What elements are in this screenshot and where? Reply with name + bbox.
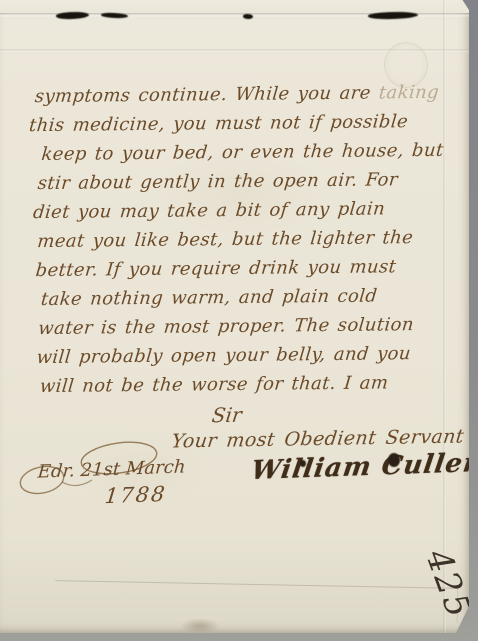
letter-line: water is the most proper. The solution xyxy=(37,314,472,348)
ink-mark xyxy=(243,14,253,19)
letter-line: diet you may take a bit of any plain xyxy=(31,198,470,232)
letter-line: stir about gently in the open air. For xyxy=(36,169,470,203)
ink-mark xyxy=(101,13,128,19)
salutation: Sir xyxy=(210,403,243,428)
letter-line-text: symptoms continue. While you are xyxy=(34,82,380,107)
letter-body: symptoms continue. While you are taking … xyxy=(0,82,471,406)
ink-mark xyxy=(56,11,89,20)
letter-line: symptoms continue. While you are taking xyxy=(33,82,469,116)
letter-line: will not be the worse for that. I am xyxy=(38,372,472,406)
scan-background: symptoms continue. While you are taking … xyxy=(0,0,478,641)
letter-line: keep to your bed, or even the house, but xyxy=(40,140,470,174)
ink-blot xyxy=(388,453,400,467)
letter-line: meat you like best, but the lighter the xyxy=(36,227,471,261)
letter-line: will probably open your belly, and you xyxy=(35,343,472,377)
letter-line: take nothing warm, and plain cold xyxy=(39,285,471,319)
paper-stain xyxy=(180,618,220,634)
faded-word: taking xyxy=(378,82,440,104)
letter-page: symptoms continue. While you are taking … xyxy=(0,0,469,633)
dateline-year: 1788 xyxy=(104,482,168,508)
letter-line: better. If you require drink you must xyxy=(34,256,471,290)
plate-mark xyxy=(55,580,459,623)
valediction: Your most Obedient Servant xyxy=(170,425,465,452)
ink-blot xyxy=(300,460,306,467)
ink-mark xyxy=(368,11,418,20)
letter-line: this medicine, you must not if possible xyxy=(27,111,469,145)
